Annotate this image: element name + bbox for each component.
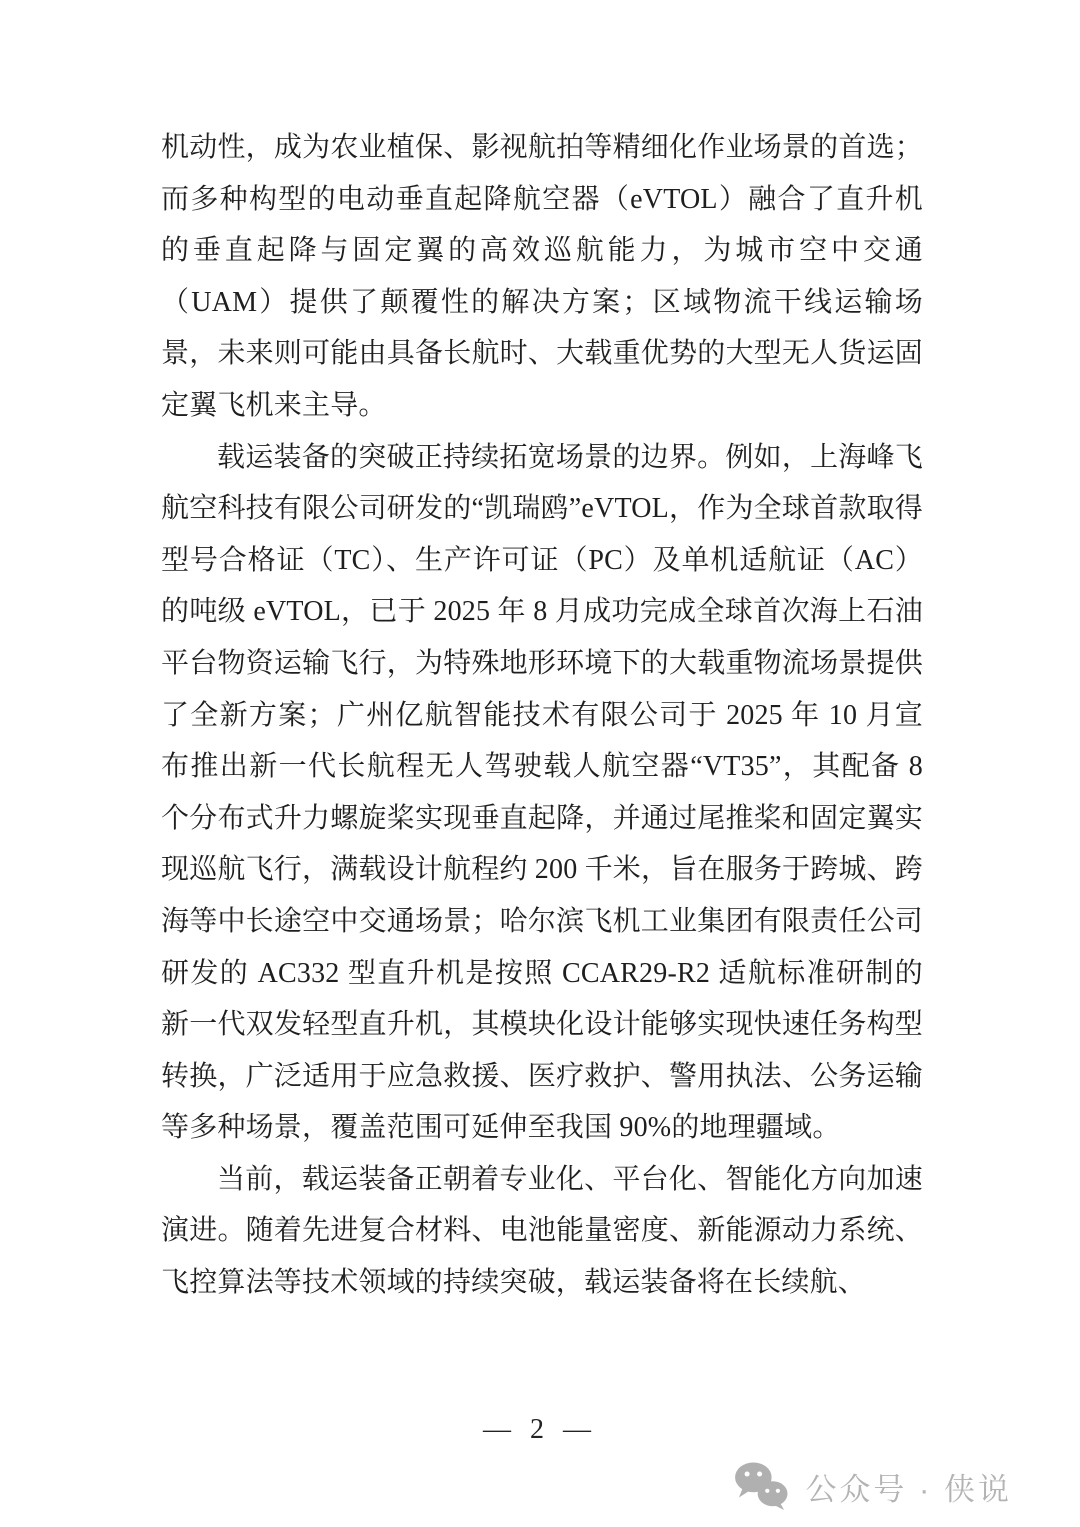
document-page: 机动性，成为农业植保、影视航拍等精细化作业场景的首选；而多种构型的电动垂直起降航…: [0, 0, 1080, 1527]
watermark: 公众号 · 侠说: [733, 1461, 1012, 1511]
body-paragraph: 机动性，成为农业植保、影视航拍等精细化作业场景的首选；而多种构型的电动垂直起降航…: [161, 122, 923, 432]
body-paragraph: 载运装备的突破正持续拓宽场景的边界。例如，上海峰飞航空科技有限公司研发的“凯瑞鸥…: [161, 432, 923, 1154]
wechat-icon: [733, 1461, 791, 1511]
document-body: 机动性，成为农业植保、影视航拍等精细化作业场景的首选；而多种构型的电动垂直起降航…: [161, 122, 923, 1309]
page-number: — 2 —: [0, 1414, 1080, 1446]
watermark-label: 公众号 · 侠说: [805, 1464, 1012, 1509]
body-paragraph: 当前，载运装备正朝着专业化、平台化、智能化方向加速演进。随着先进复合材料、电池能…: [161, 1154, 923, 1309]
